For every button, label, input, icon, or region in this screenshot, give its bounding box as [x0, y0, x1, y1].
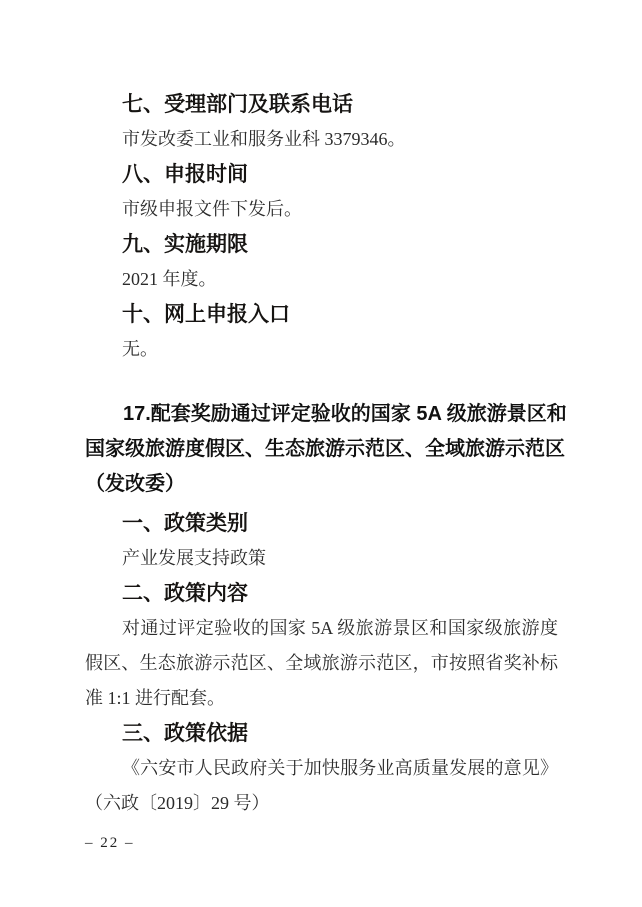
paragraph-online-entry: 无。 — [85, 332, 558, 367]
paragraph-policy-content: 对通过评定验收的国家 5A 级旅游景区和国家级旅游度假区、生态旅游示范区、全域旅… — [85, 611, 558, 716]
paragraph-apply-time: 市级申报文件下发后。 — [85, 192, 558, 227]
paragraph-period: 2021 年度。 — [85, 262, 558, 297]
item-17-title: 17.配套奖励通过评定验收的国家 5A 级旅游景区和 国家级旅游度假区、生态旅游… — [85, 397, 558, 502]
section-heading-9: 九、实施期限 — [85, 227, 558, 262]
section-heading-10: 十、网上申报入口 — [85, 297, 558, 332]
item-17-title-line-1: 17.配套奖励通过评定验收的国家 5A 级旅游景区和 — [85, 397, 558, 432]
page-number: – 22 – — [85, 833, 558, 853]
document-page: 七、受理部门及联系电话 市发改委工业和服务业科 3379346。 八、申报时间 … — [0, 0, 642, 907]
section-heading-8: 八、申报时间 — [85, 157, 558, 192]
paragraph-contact: 市发改委工业和服务业科 3379346。 — [85, 122, 558, 157]
paragraph-policy-category: 产业发展支持政策 — [85, 541, 558, 576]
section-heading-1: 一、政策类别 — [85, 506, 558, 541]
section-heading-2: 二、政策内容 — [85, 576, 558, 611]
item-17-title-line-3: （发改委） — [85, 467, 558, 502]
section-heading-7: 七、受理部门及联系电话 — [85, 87, 558, 122]
paragraph-policy-basis: 《六安市人民政府关于加快服务业高质量发展的意见》（六政〔2019〕29 号） — [85, 751, 558, 821]
item-17-title-line-2: 国家级旅游度假区、生态旅游示范区、全域旅游示范区 — [85, 432, 558, 467]
section-heading-3: 三、政策依据 — [85, 716, 558, 751]
